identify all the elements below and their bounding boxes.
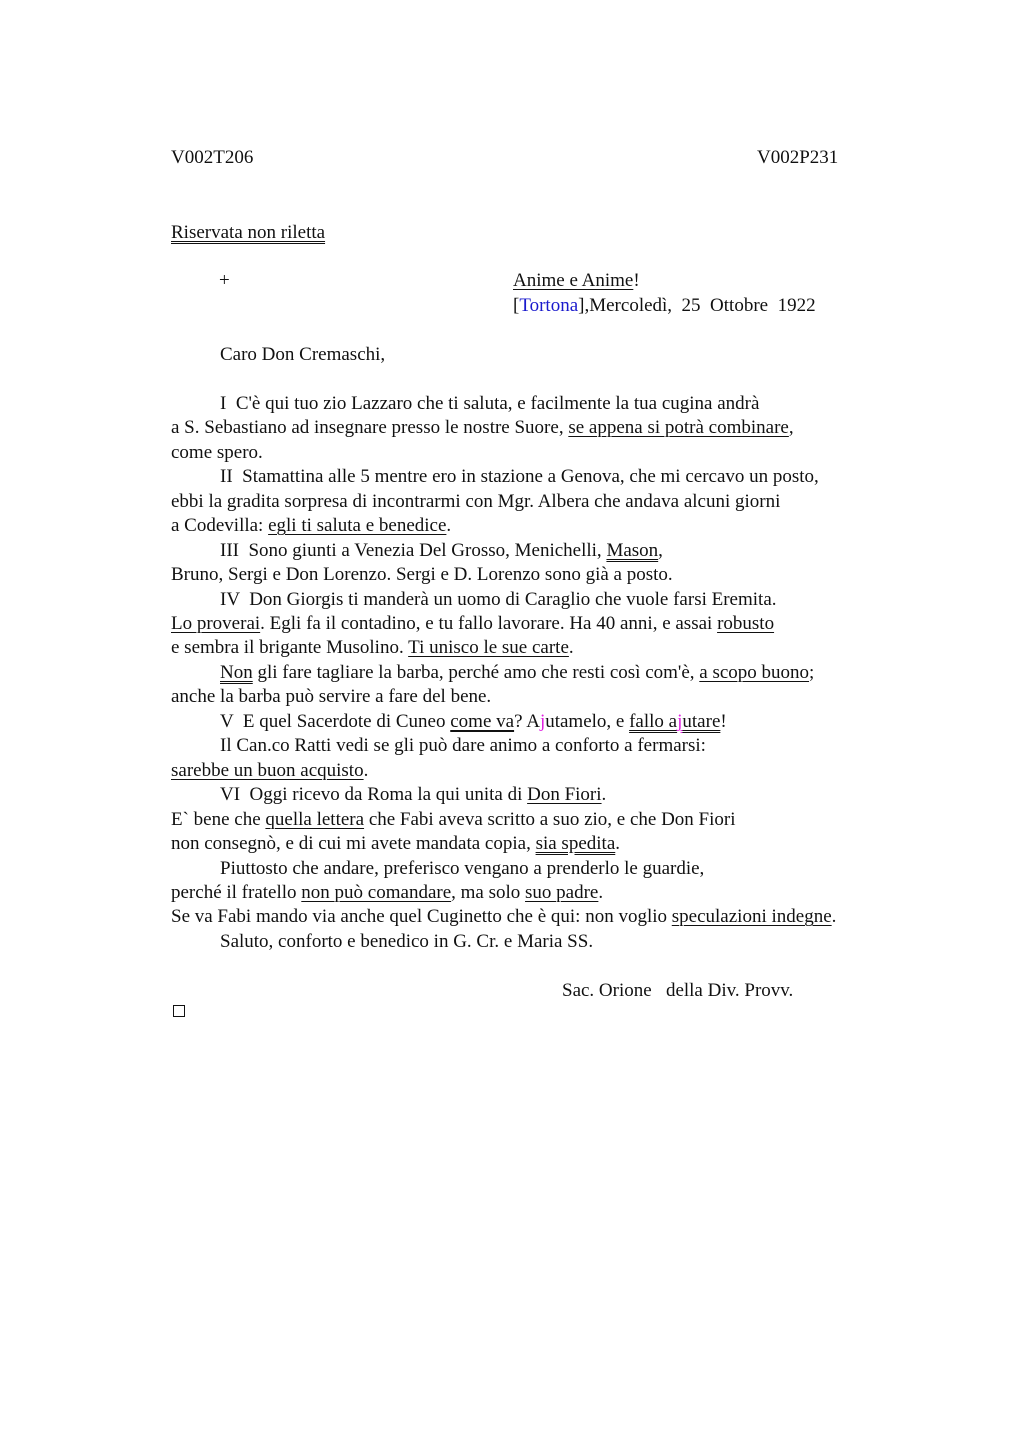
document-code-right: V002P231 <box>757 146 838 170</box>
text: a Codevilla: <box>171 515 268 536</box>
body-line: Bruno, Sergi e Don Lorenzo. Sergi e D. L… <box>171 563 673 587</box>
signature: Sac. Orione della Div. Provv. <box>562 979 793 1003</box>
text: . <box>602 784 607 805</box>
letter-page: V002T206 V002P231 Riservata non riletta … <box>0 0 1024 1450</box>
text: , <box>658 540 663 561</box>
body-line: II Stamattina alle 5 mentre ero in stazi… <box>220 465 819 489</box>
text: . <box>832 906 837 927</box>
text: ; <box>809 662 814 683</box>
text: , <box>789 417 794 438</box>
body-line: Saluto, conforto e benedico in G. Cr. e … <box>220 930 593 954</box>
text: III Sono giunti a Venezia Del Grosso, Me… <box>220 540 606 561</box>
motto: Anime e Anime! <box>513 269 640 293</box>
motto-suffix: ! <box>633 270 639 291</box>
text: Se va Fabi mando via anche quel Cuginett… <box>171 906 672 927</box>
salutation: Caro Don Cremaschi, <box>220 343 385 367</box>
body-line: perché il fratello non può comandare, ma… <box>171 881 603 905</box>
body-line: Non gli fare tagliare la barba, perché a… <box>220 661 814 685</box>
text: che Fabi aveva scritto a suo zio, e che … <box>364 809 735 830</box>
text: perché il fratello <box>171 882 301 903</box>
underlined-text: Don Fiori <box>527 784 601 805</box>
underlined-text: Ti unisco le sue carte <box>408 637 569 658</box>
underlined-text: sarebbe un buon acquisto <box>171 760 364 781</box>
motto-text: Anime e Anime <box>513 270 633 291</box>
body-line: Piuttosto che andare, preferisco vengano… <box>220 857 704 881</box>
body-line: e sembra il brigante Musolino. Ti unisco… <box>171 636 574 660</box>
double-underlined-text: fallo a <box>629 711 677 732</box>
body-line: ebbi la gradita sorpresa di incontrarmi … <box>171 490 780 514</box>
text: , ma solo <box>451 882 525 903</box>
text: . <box>364 760 369 781</box>
double-underlined-text: utare <box>682 711 720 732</box>
underlined-text: Lo proverai <box>171 613 260 634</box>
reserved-notice: Riservata non riletta <box>171 221 325 245</box>
body-line: Se va Fabi mando via anche quel Cuginett… <box>171 905 836 929</box>
dateline-date: ],Mercoledì, 25 Ottobre 1922 <box>578 295 815 316</box>
text: . <box>446 515 451 536</box>
underlined-text: a scopo buono <box>699 662 809 683</box>
underlined-text: robusto <box>717 613 774 634</box>
text: e sembra il brigante Musolino. <box>171 637 408 658</box>
text: E` bene che <box>171 809 265 830</box>
double-underlined-text: Mason <box>606 540 658 561</box>
body-line: Il Can.co Ratti vedi se gli può dare ani… <box>220 734 706 758</box>
body-line: Lo proverai. Egli fa il contadino, e tu … <box>171 612 774 636</box>
body-line: sarebbe un buon acquisto. <box>171 759 368 783</box>
document-code-left: V002T206 <box>171 146 253 170</box>
checkbox-square-icon <box>173 1005 185 1017</box>
double-underlined-text: sia spedita <box>536 833 616 854</box>
body-line: III Sono giunti a Venezia Del Grosso, Me… <box>220 539 663 563</box>
underlined-text: quella lettera <box>265 809 364 830</box>
body-line: VI Oggi ricevo da Roma la qui unita di D… <box>220 783 606 807</box>
text: . Egli fa il contadino, e tu fallo lavor… <box>260 613 717 634</box>
underlined-text: suo padre <box>525 882 598 903</box>
body-line: a Codevilla: egli ti saluta e benedice. <box>171 514 451 538</box>
text: a S. Sebastiano ad insegnare presso le n… <box>171 417 568 438</box>
body-line: IV Don Giorgis ti manderà un uomo di Car… <box>220 588 777 612</box>
text: non consegnò, e di cui mi avete mandata … <box>171 833 536 854</box>
cross-symbol: + <box>219 269 230 293</box>
text: . <box>569 637 574 658</box>
text: . <box>615 833 620 854</box>
body-line: non consegnò, e di cui mi avete mandata … <box>171 832 620 856</box>
body-line: a S. Sebastiano ad insegnare presso le n… <box>171 416 794 440</box>
text: V E quel Sacerdote di Cuneo <box>220 711 450 732</box>
text: . <box>598 882 603 903</box>
body-line: I C'è qui tuo zio Lazzaro che ti saluta,… <box>220 392 759 416</box>
body-line: E` bene che quella lettera che Fabi avev… <box>171 808 736 832</box>
text: VI Oggi ricevo da Roma la qui unita di <box>220 784 527 805</box>
dateline: [Tortona],Mercoledì, 25 Ottobre 1922 <box>513 294 816 318</box>
text: ? A <box>514 711 540 732</box>
underlined-text: speculazioni indegne <box>672 906 832 927</box>
dateline-place: Tortona <box>519 295 578 316</box>
underlined-text: egli ti saluta e benedice <box>268 515 446 536</box>
body-line: anche la barba può servire a fare del be… <box>171 685 491 709</box>
body-line: come spero. <box>171 441 263 465</box>
text: ! <box>720 711 726 732</box>
body-line: V E quel Sacerdote di Cuneo come va? Aju… <box>220 710 727 734</box>
underlined-text: non può comandare <box>301 882 451 903</box>
underlined-text: se appena si potrà combinare <box>568 417 789 438</box>
double-underlined-text: Non <box>220 662 253 683</box>
underlined-text: come va <box>450 711 514 732</box>
text: utamelo, e <box>545 711 629 732</box>
text: gli fare tagliare la barba, perché amo c… <box>253 662 700 683</box>
